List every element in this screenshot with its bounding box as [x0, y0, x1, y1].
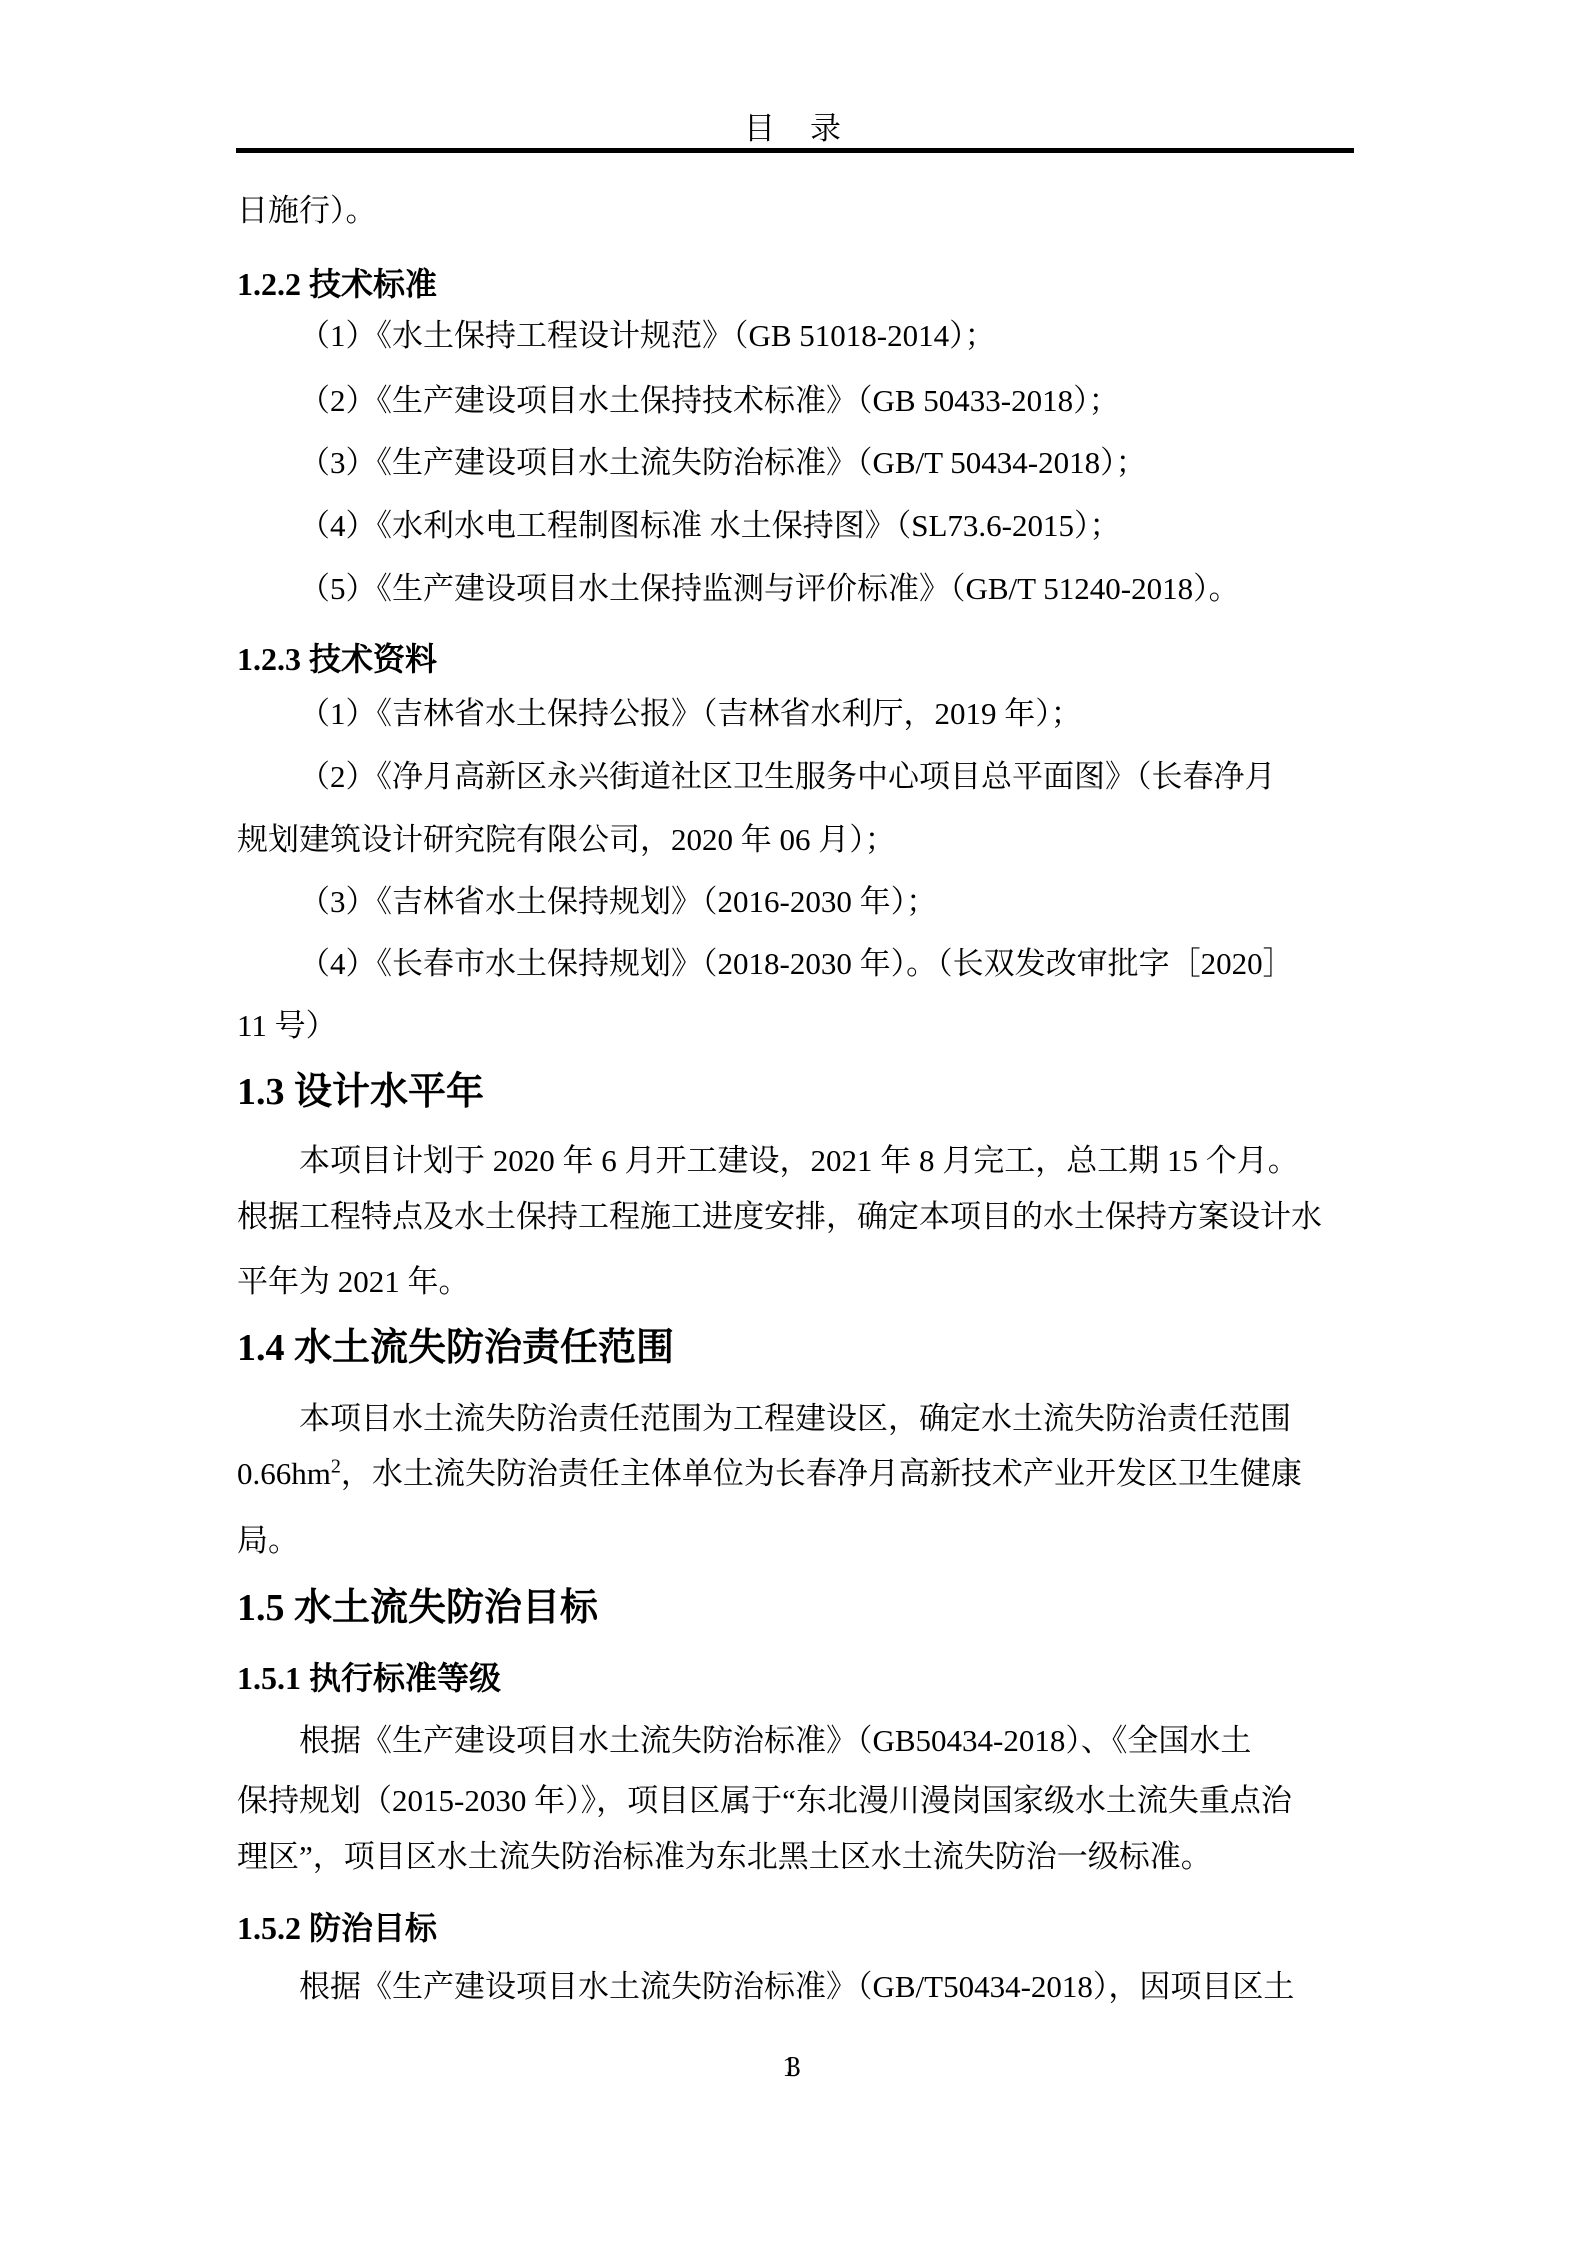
page-number-overlay: 1 [782, 2050, 797, 2084]
heading-1-5-2: 1.5.2 防治目标 [237, 1908, 1350, 1948]
heading-1-5: 1.5 水土流失防治目标 [237, 1585, 1350, 1631]
text-fragment: 0.66hm [237, 1456, 331, 1491]
reference-item-3: （3）《生产建设项目水土流失防治标准》（GB/T 50434-2018）； [237, 443, 1350, 483]
reference-item-8: （3）《吉林省水土保持规划》（2016-2030 年）； [237, 882, 1350, 922]
reference-item-1: （1）《水土保持工程设计规范》（GB 51018-2014）； [237, 316, 1350, 356]
reference-item-5: （5）《生产建设项目水土保持监测与评价标准》（GB/T 51240-2018）。 [237, 569, 1350, 609]
paragraph-line: 保持规划（2015-2030 年）》，项目区属于“东北漫川漫岗国家级水土流失重点… [237, 1781, 1350, 1821]
paragraph-line: 根据《生产建设项目水土流失防治标准》（GB/T50434-2018），因项目区土 [237, 1967, 1350, 2007]
document-body: 日施行）。 1.2.2 技术标准 （1）《水土保持工程设计规范》（GB 5101… [237, 0, 1350, 2245]
reference-item-4: （4）《水利水电工程制图标准 水土保持图》（SL73.6-2015）； [237, 506, 1350, 546]
text-fragment: ，水土流失防治责任主体单位为长春净月高新技术产业开发区卫生健康 [341, 1456, 1302, 1491]
reference-item-9: （4）《长春市水土保持规划》（2018-2030 年）。（长双发改审批字［202… [237, 944, 1350, 984]
document-page: 目 录 日施行）。 1.2.2 技术标准 （1）《水土保持工程设计规范》（GB … [0, 0, 1587, 2245]
reference-item-6: （1）《吉林省水土保持公报》（吉林省水利厅，2019 年）； [237, 694, 1350, 734]
reference-item-9-cont: 11 号） [237, 1006, 1350, 1046]
paragraph-continuation: 日施行）。 [237, 191, 1350, 231]
page-number: 13 [0, 2050, 1587, 2084]
superscript-2: 2 [331, 1456, 341, 1478]
heading-1-5-1: 1.5.1 执行标准等级 [237, 1658, 1350, 1698]
heading-1-3: 1.3 设计水平年 [237, 1069, 1350, 1115]
reference-item-7-cont: 规划建筑设计研究院有限公司，2020 年 06 月）； [237, 820, 1350, 860]
reference-item-7: （2）《净月高新区永兴街道社区卫生服务中心项目总平面图》（长春净月 [237, 757, 1350, 797]
paragraph-line: 局。 [237, 1521, 1350, 1561]
heading-1-4: 1.4 水土流失防治责任范围 [237, 1325, 1350, 1371]
paragraph-line: 平年为 2021 年。 [237, 1262, 1350, 1302]
paragraph-line: 根据工程特点及水土保持工程施工进度安排，确定本项目的水土保持方案设计水 [237, 1197, 1350, 1237]
paragraph-line: 根据《生产建设项目水土流失防治标准》（GB50434-2018）、《全国水土 [237, 1721, 1350, 1761]
paragraph-line: 本项目计划于 2020 年 6 月开工建设，2021 年 8 月完工，总工期 1… [237, 1141, 1350, 1181]
page-number-glyphs: 13 [786, 2050, 801, 2084]
heading-1-2-3: 1.2.3 技术资料 [237, 639, 1350, 679]
reference-item-2: （2）《生产建设项目水土保持技术标准》（GB 50433-2018）； [237, 381, 1350, 421]
paragraph-line: 理区”，项目区水土流失防治标准为东北黑土区水土流失防治一级标准。 [237, 1837, 1350, 1877]
heading-1-2-2: 1.2.2 技术标准 [237, 264, 1350, 304]
paragraph-line: 本项目水土流失防治责任范围为工程建设区，确定水土流失防治责任范围 [237, 1399, 1350, 1439]
paragraph-line-superscript: 0.66hm2，水土流失防治责任主体单位为长春净月高新技术产业开发区卫生健康 [237, 1454, 1350, 1494]
